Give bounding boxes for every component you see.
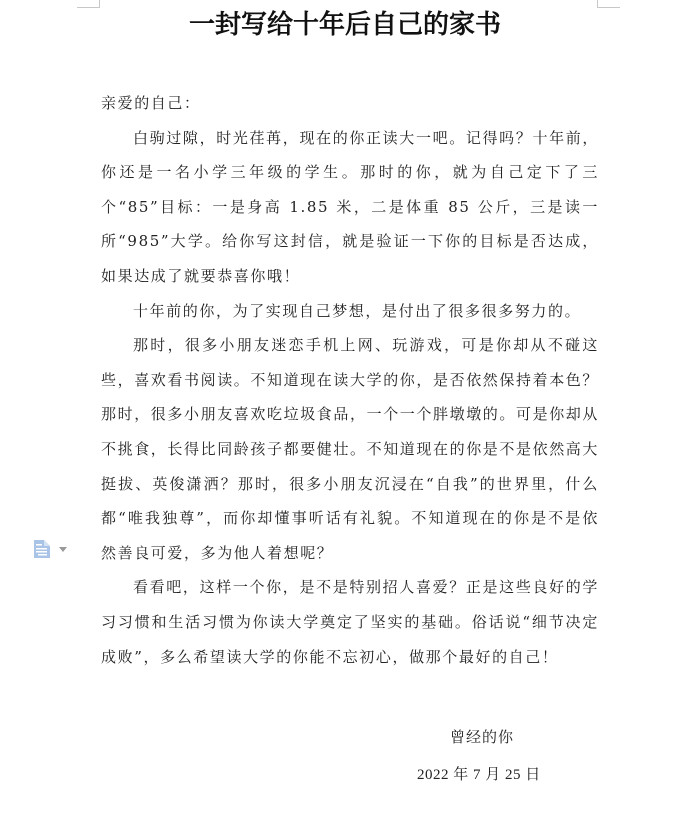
document-title: 一封写给十年后自己的家书	[0, 8, 690, 42]
letter-body: 亲爱的自己： 白驹过隙，时光荏苒，现在的你正读大一吧。记得吗？十年前，你还是一名…	[101, 86, 599, 674]
document-paragraph-icon	[33, 539, 51, 559]
paragraph-marker-button[interactable]	[33, 539, 73, 559]
page-corner-mark-right	[597, 0, 620, 8]
paragraph-4: 看看吧，这样一个你，是不是特别招人喜爱？正是这些良好的学习习惯和生活习惯为你读大…	[101, 570, 599, 674]
letter-date: 2022 年 7 月 25 日	[417, 760, 541, 790]
chevron-down-icon[interactable]	[59, 547, 67, 552]
salutation: 亲爱的自己：	[101, 86, 599, 121]
paragraph-3: 那时，很多小朋友迷恋手机上网、玩游戏，可是你却从不碰这些，喜欢看书阅读。不知道现…	[101, 328, 599, 570]
paragraph-1: 白驹过隙，时光荏苒，现在的你正读大一吧。记得吗？十年前，你还是一名小学三年级的学…	[101, 121, 599, 294]
signature: 曾经的你	[450, 722, 514, 752]
paragraph-2: 十年前的你，为了实现自己梦想，是付出了很多很多努力的。	[101, 294, 599, 329]
page-corner-mark-left	[77, 0, 100, 8]
